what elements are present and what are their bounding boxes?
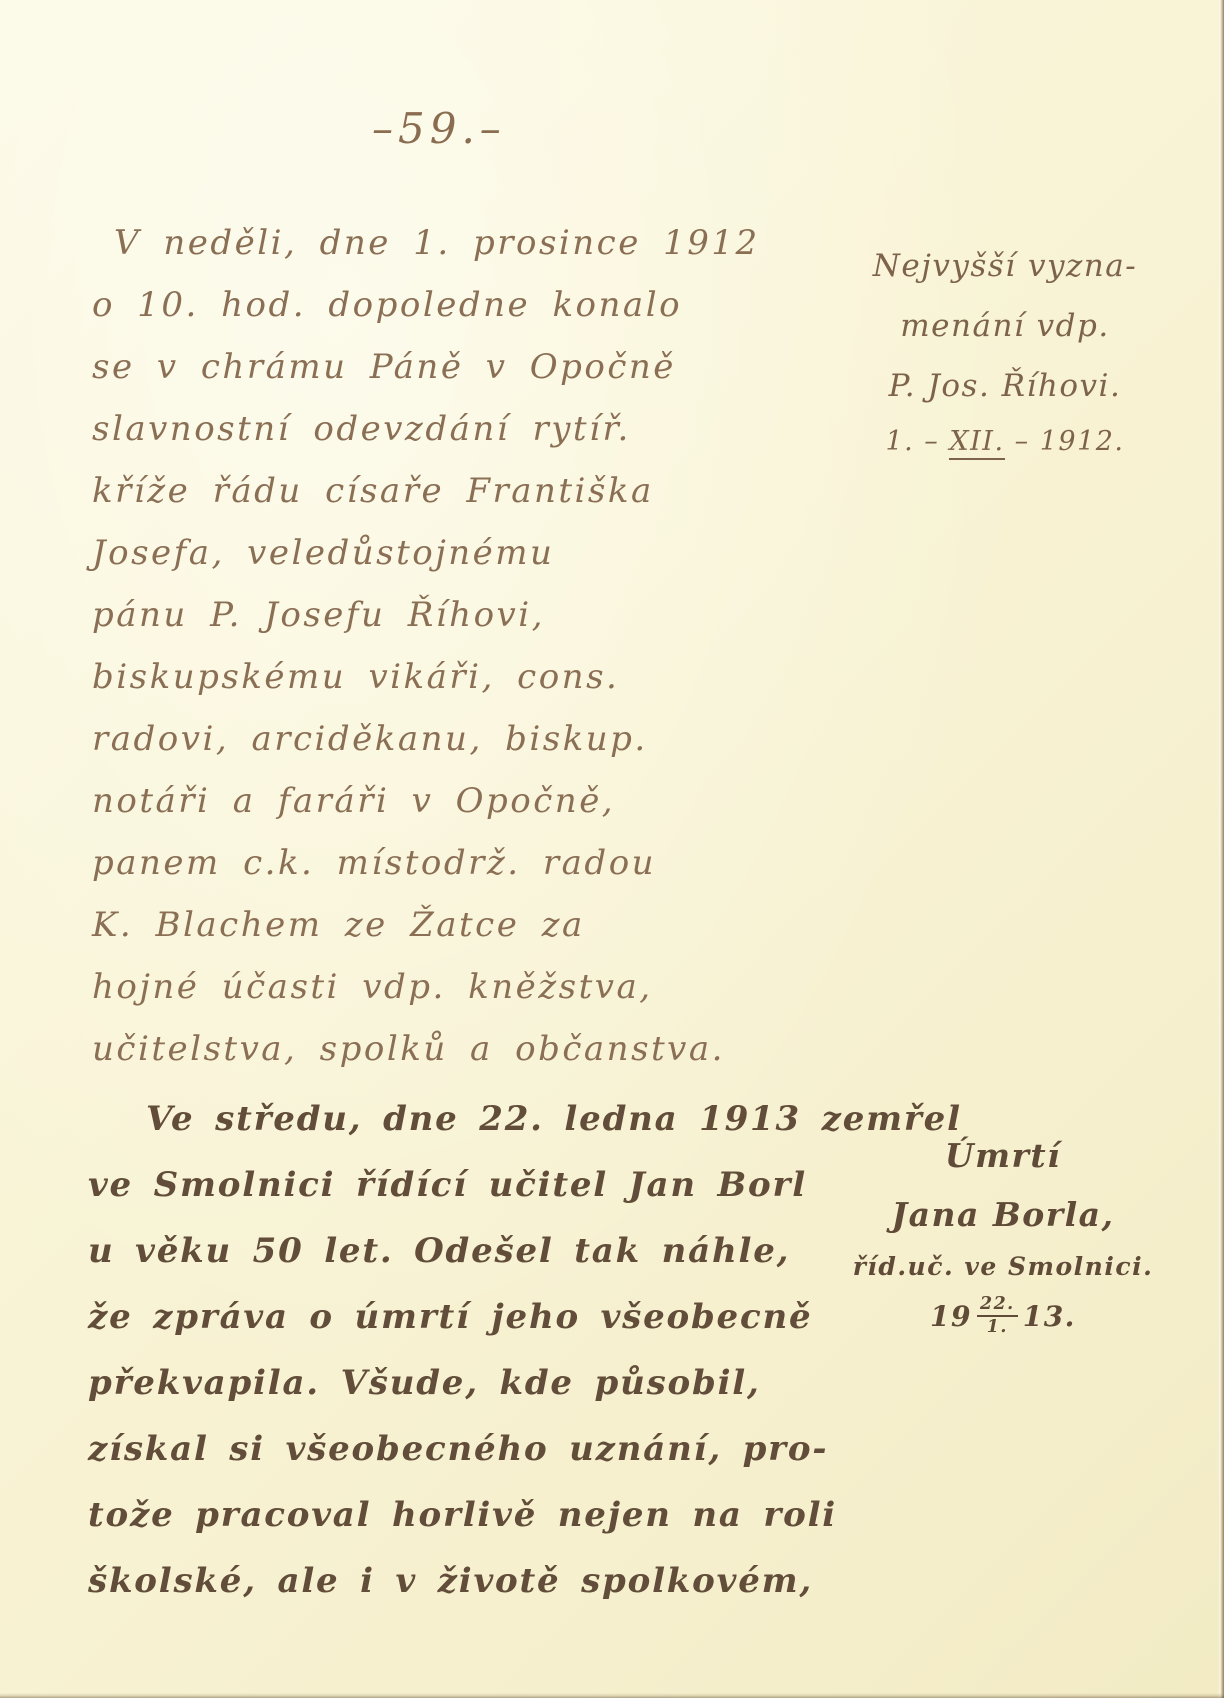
entry1-line: Josefa, veledůstojnému [92,522,860,584]
entry2-line: získal si všeobecného uznání, pro- [88,1416,908,1482]
date-fraction-day: 22. [977,1295,1018,1316]
date-prefix: 19 [930,1300,972,1333]
date-fraction-month: 1. [977,1317,1018,1336]
margin-note-1-line: P. Jos. Říhovi. [838,356,1172,416]
entry1-line: o 10. hod. dopoledne konalo [92,274,860,336]
margin-note-award: Nejvyšší vyzna- menání vdp. P. Jos. Řího… [838,236,1172,468]
date-roman-numeral: XII. [949,426,1004,460]
date-suffix: 13. [1023,1300,1076,1333]
scan-edge-right [1218,0,1224,1698]
entry1-line: K. Blachem ze Žatce za [92,894,860,956]
margin-note-death: Úmrtí Jana Borla, říd.uč. ve Smolnici. 1… [836,1126,1170,1344]
date-prefix: 1. – [885,426,939,457]
chronicle-entry-2: Ve středu, dne 22. ledna 1913 zemřel ve … [88,1086,908,1614]
entry2-line: Ve středu, dne 22. ledna 1913 zemřel [88,1086,908,1152]
entry1-line: biskupskému vikáři, cons. [92,646,860,708]
margin-note-1-date: 1. – XII. – 1912. [838,416,1172,468]
entry2-line: tože pracoval horlivě nejen na roli [88,1482,908,1548]
entry2-line: ve Smolnici řídící učitel Jan Borl [88,1152,908,1218]
entry1-line: pánu P. Josefu Říhovi, [92,584,860,646]
entry2-line: že zpráva o úmrtí jeho všeobecně [88,1284,908,1350]
chronicle-page: –59.– V neděli, dne 1. prosince 1912 o 1… [0,0,1224,1698]
entry2-line: překvapila. Všude, kde působil, [88,1350,908,1416]
scan-edge-bottom [0,1693,1224,1698]
page-number: –59.– [372,104,506,153]
margin-note-2-name: Jana Borla, [836,1185,1170,1244]
date-suffix: – 1912. [1015,426,1125,457]
entry1-line: notáři a faráři v Opočně, [92,770,860,832]
entry2-line: školské, ale i v životě spolkovém, [88,1548,908,1614]
margin-note-2-date: 1922.1.13. [836,1290,1170,1344]
entry1-line: slavnostní odevzdání rytíř. [92,398,860,460]
date-fraction: 22.1. [977,1295,1018,1335]
entry1-line: se v chrámu Páně v Opočně [92,336,860,398]
entry2-line: u věku 50 let. Odešel tak náhle, [88,1218,908,1284]
entry1-line: hojné účasti vdp. kněžstva, [92,956,860,1018]
entry1-line: radovi, arciděkanu, biskup. [92,708,860,770]
margin-note-2-role: říd.uč. ve Smolnici. [836,1244,1170,1290]
margin-note-2-title: Úmrtí [836,1126,1170,1185]
margin-note-1-line: Nejvyšší vyzna- [838,236,1172,296]
entry1-line: V neděli, dne 1. prosince 1912 [92,212,860,274]
entry1-line: panem c.k. místodrž. radou [92,832,860,894]
entry1-line: kříže řádu císaře Františka [92,460,860,522]
chronicle-entry-1: V neděli, dne 1. prosince 1912 o 10. hod… [92,212,860,1080]
margin-note-1-line: menání vdp. [838,296,1172,356]
entry1-line: učitelstva, spolků a občanstva. [92,1018,860,1080]
